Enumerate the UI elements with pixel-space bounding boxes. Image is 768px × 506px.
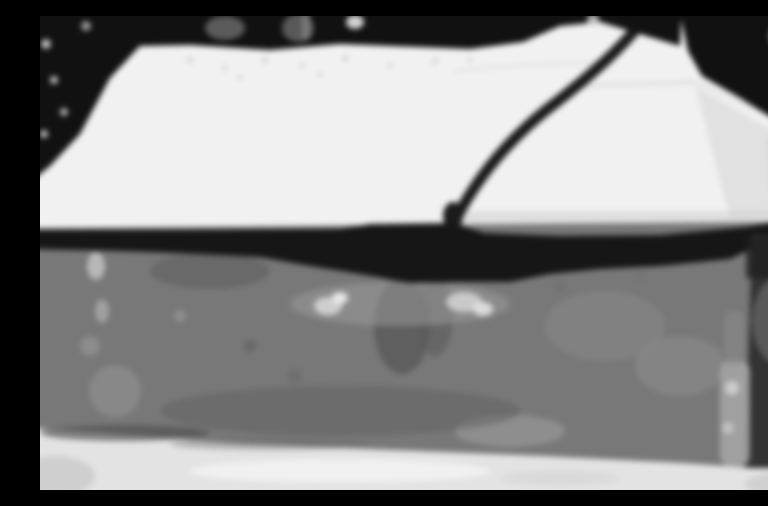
tomb-photograph: Stone chest tomb with a large pale overh… [40, 16, 768, 490]
plinth-shadow-smear [40, 425, 210, 441]
tomb-photo-art [40, 16, 768, 490]
